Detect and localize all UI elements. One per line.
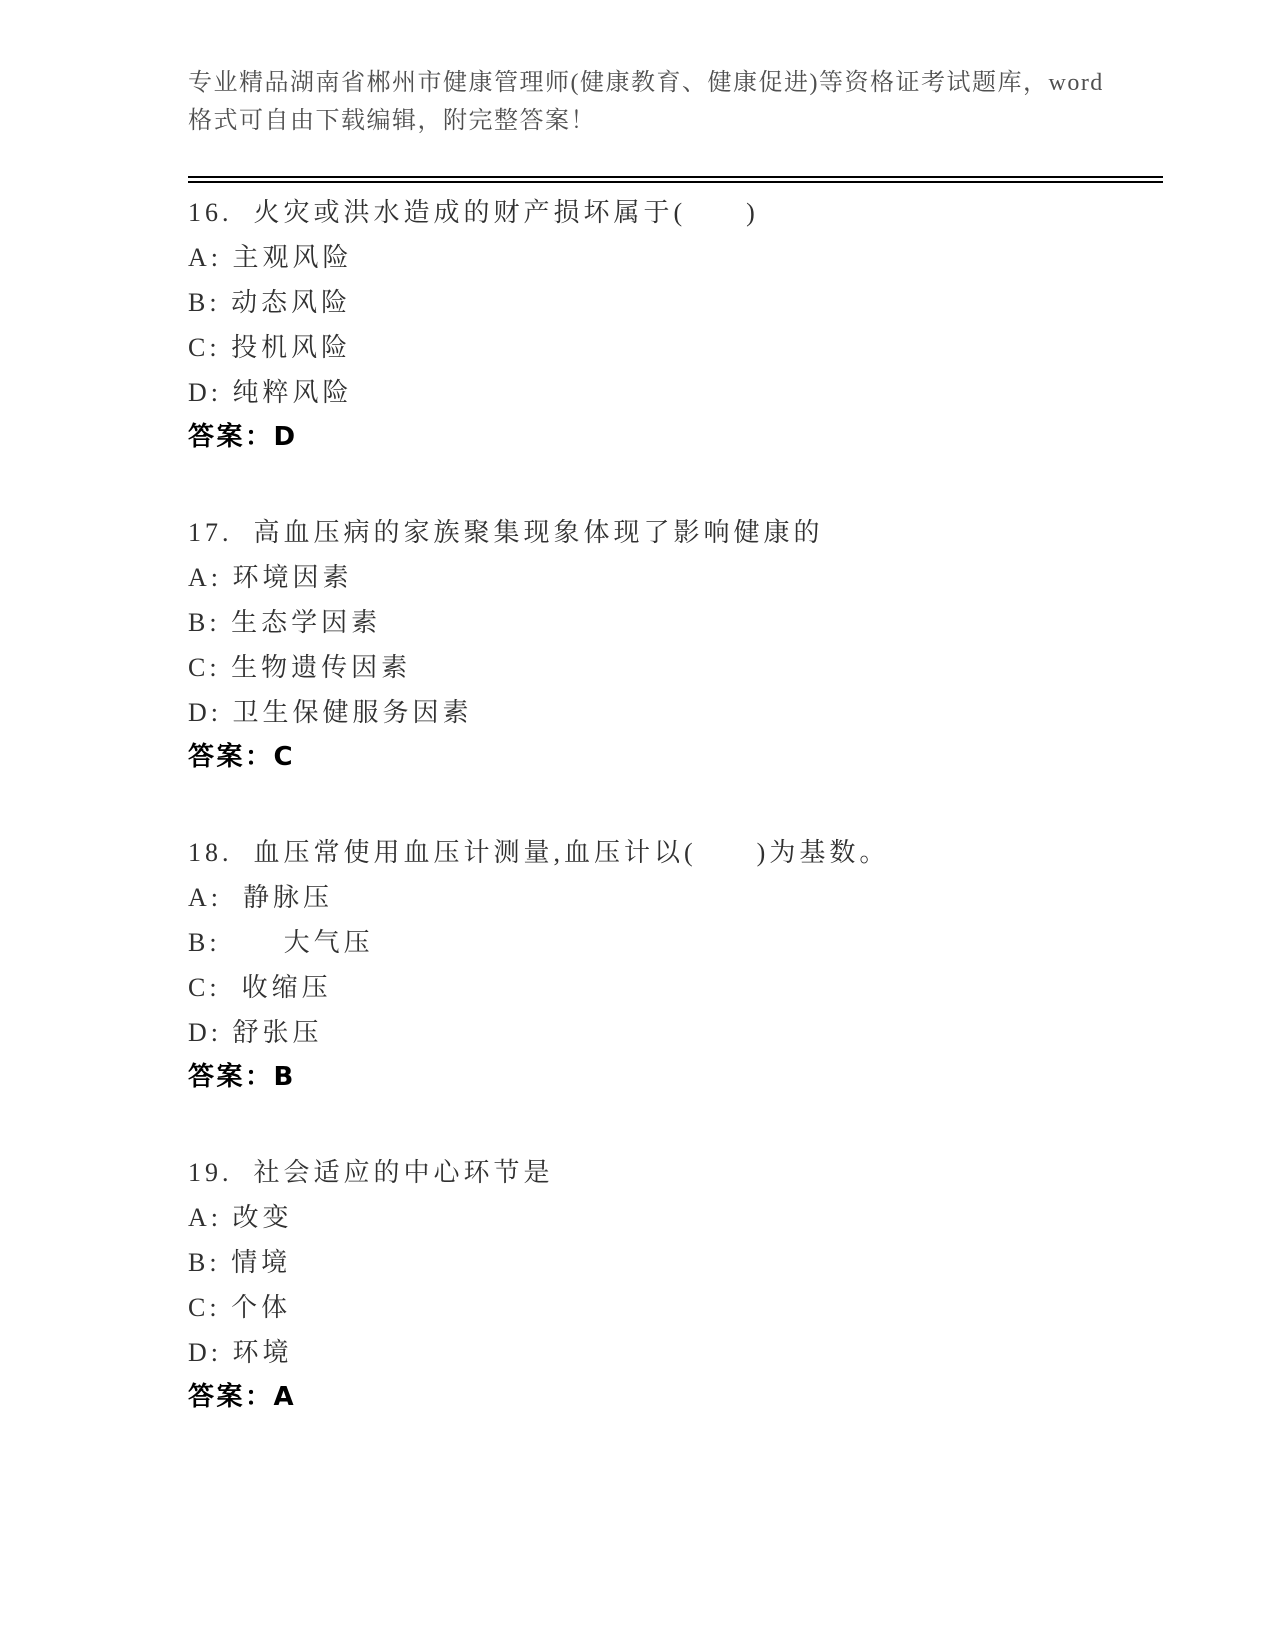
option-b: B: 情境 [188, 1240, 1188, 1285]
answer-label: 答案： [188, 1062, 274, 1092]
answer-label: 答案： [188, 742, 274, 772]
option-c: C: 收缩压 [188, 965, 1188, 1010]
option-a: A: 主观风险 [188, 235, 1188, 280]
answer-value: D [274, 422, 298, 452]
option-c: C: 个体 [188, 1285, 1188, 1330]
option-a: A: 静脉压 [188, 875, 1188, 920]
header-divider [188, 176, 1163, 183]
answer-value: B [274, 1062, 296, 1092]
option-d: D: 舒张压 [188, 1010, 1188, 1055]
option-a: A: 改变 [188, 1195, 1188, 1240]
header-line-2: 格式可自由下载编辑，附完整答案！ [188, 102, 1168, 140]
question-text: 17. 高血压病的家族聚集现象体现了影响健康的 [188, 510, 1188, 555]
option-c: C: 生物遗传因素 [188, 645, 1188, 690]
option-b: B: 动态风险 [188, 280, 1188, 325]
option-b: B: 生态学因素 [188, 600, 1188, 645]
question-block-17: 17. 高血压病的家族聚集现象体现了影响健康的 A: 环境因素 B: 生态学因素… [188, 510, 1188, 780]
answer-label: 答案： [188, 422, 274, 452]
option-c: C: 投机风险 [188, 325, 1188, 370]
answer-line: 答案：D [188, 415, 1188, 460]
answer-value: A [274, 1382, 297, 1412]
question-block-18: 18. 血压常使用血压计测量,血压计以( )为基数。 A: 静脉压 B: 大气压… [188, 830, 1188, 1100]
header-line-1: 专业精品湖南省郴州市健康管理师(健康教育、健康促进)等资格证考试题库，word [188, 64, 1168, 102]
answer-line: 答案：B [188, 1055, 1188, 1100]
option-b: B: 大气压 [188, 920, 1188, 965]
answer-value: C [274, 742, 296, 772]
answer-line: 答案：A [188, 1375, 1188, 1420]
option-d: D: 纯粹风险 [188, 370, 1188, 415]
document-page: 专业精品湖南省郴州市健康管理师(健康教育、健康促进)等资格证考试题库，word … [0, 0, 1275, 1650]
question-text: 19. 社会适应的中心环节是 [188, 1150, 1188, 1195]
question-text: 16. 火灾或洪水造成的财产损坏属于( ) [188, 190, 1188, 235]
question-block-19: 19. 社会适应的中心环节是 A: 改变 B: 情境 C: 个体 D: 环境 答… [188, 1150, 1188, 1420]
answer-label: 答案： [188, 1382, 274, 1412]
option-d: D: 卫生保健服务因素 [188, 690, 1188, 735]
page-header: 专业精品湖南省郴州市健康管理师(健康教育、健康促进)等资格证考试题库，word … [188, 64, 1168, 140]
option-d: D: 环境 [188, 1330, 1188, 1375]
question-block-16: 16. 火灾或洪水造成的财产损坏属于( ) A: 主观风险 B: 动态风险 C:… [188, 190, 1188, 460]
questions-list: 16. 火灾或洪水造成的财产损坏属于( ) A: 主观风险 B: 动态风险 C:… [188, 190, 1188, 1470]
answer-line: 答案：C [188, 735, 1188, 780]
question-text: 18. 血压常使用血压计测量,血压计以( )为基数。 [188, 830, 1188, 875]
option-a: A: 环境因素 [188, 555, 1188, 600]
